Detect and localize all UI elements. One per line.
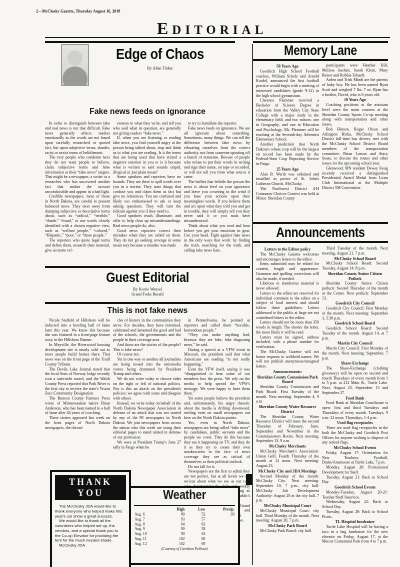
guest-editorial-column-1: Nicole Staffeld of Hillsboro will be ind… [45,318,110,468]
guest-editorial-bottom-rule [45,302,250,304]
guest-editorial-headline: This is not fake news [45,306,250,315]
item-paragraph: The McClusky Gazette will not honor requ… [256,349,319,369]
item-paragraph: McClusky Merchant's Association: Union G… [256,449,319,469]
table-cell: Aug. 12 [133,542,164,547]
paragraph: The Benson County Farmers Press wrote of… [45,396,110,416]
item-paragraph: participants were Heather Hill, Melissa … [322,63,388,78]
paragraph: in Pennsylvania, he pointed at reporters… [184,318,250,333]
paragraph: Think about what you read and hear befor… [184,223,250,252]
paragraph: We were at President Trump's June 27 ral… [113,440,181,450]
item-paragraph: Turtle Lake Hospital will be having a ta… [322,525,388,545]
item-paragraph: Bob Hinson, Roger Olson and Arlington Hi… [322,127,388,166]
item-paragraph: Third Tuesday of the month. Next meeting… [322,246,388,256]
section-masthead: EDITORIAL [36,19,388,39]
memory-lane-title: Memory Lane [262,43,378,58]
item-paragraph: Sheridan County Commission and Park Boar… [256,385,319,405]
paragraph: Good news reporters correct their mistak… [113,228,181,248]
edge-of-chaos-title: Edge of Chaos [100,46,220,63]
item-subhead: Announcements: [256,369,319,374]
weather-title-rule [134,505,235,506]
paragraph: Fake news feeds on ignorance. We are all… [184,126,250,180]
item-paragraph: McClusky Park Board: city hall. [256,528,319,533]
announcements-title: Announcements [262,225,378,240]
paragraph: McClusky JDA [55,543,124,548]
paragraph: Even the VFW itself, saying it was “disa… [184,367,250,396]
item-paragraph: Tuesday, August 28: Back to School Picni… [322,509,388,519]
edge-of-chaos-column-3: to try to humiliate the reporter.Fake ne… [184,121,250,264]
guest-editorial-byline-paper: Grand Forks Herald [45,292,250,297]
paragraph: Nicole Staffeld of Hillsboro will be ind… [45,318,110,342]
paragraph: Good speakers teach, illuminate, and off… [113,214,181,229]
paragraph: These stories appeared last week on the … [45,416,110,431]
item-paragraph: McClusky Municipal Court: city hall. Thi… [256,508,319,523]
announcements-bottom-rule [253,241,388,243]
weather-table-wrap: HighLowPrecip.Aug. 68052.03Aug. 79357Aug… [133,507,236,562]
memory-lane-column-2: participants were Heather Hill, Melissa … [322,63,388,221]
paragraph: Yet in one way or another all journalist… [113,357,181,377]
guest-editorial-top-rule [45,266,250,268]
column-divider [252,44,253,565]
paragraph: The bullies that belittle the person the… [184,180,250,224]
item-paragraph: Sheridan County Senior Citizen potluck: … [322,281,388,301]
memory-lane-column-1: 50 Years AgoGoodrich High School Footbal… [256,63,319,221]
weather-box: Weather HighLowPrecip.Aug. 68052.03Aug. … [129,486,240,565]
item-paragraph: Letters must be signed, address included… [256,335,319,350]
folio-line: 2—McClusky Gazette, Thursday August 16, … [36,9,206,17]
guest-editorial-column-2: cles of history in the communities they … [113,318,181,482]
item-paragraph: Letters to the editor are reserved for i… [256,291,319,320]
table-cell: 102 [164,542,186,547]
paragraph: cles of history in the communities they … [113,318,181,342]
paragraph: And those are the stories of the people?… [113,342,181,352]
weather-courtesy: (Courtesy of Carolann Pellison) [133,547,236,551]
edge-of-chaos-column-1: In order to distinguish between fake and… [45,121,110,264]
item-paragraph: Alan B. Werth was ordained and installed… [256,172,319,187]
item-paragraph: Monday, August 20: Professional Developm… [322,465,388,475]
thank-you-title: THANKYOU [55,475,126,500]
item-paragraph: McClusky School Board: Second Tuesday, A… [322,261,388,271]
guest-editorial-byline: By Korrie WenzelGrand Forks Herald [45,287,250,300]
paragraph: In order to distinguish between fake and… [45,121,110,155]
item-paragraph: Friday, August 17: Orientation for New T… [322,450,388,465]
thank-you-ad: THANKYOU The McClusky JDA would like to … [50,470,131,567]
item-paragraph: Arden and Trish Mindt are the parents of… [322,78,388,98]
item-paragraph: Clarence Flemmer received a Bachelor of … [256,98,319,142]
item-paragraph: Martin City Council: First Monday of the… [322,346,388,361]
item-paragraph: Tuesday, August 21: Back to School Day. [322,475,388,485]
item-paragraph: The Share-Exchange (clothing giveaway) w… [322,366,388,395]
item-paragraph: Another prediction that North Dakota's w… [256,142,319,166]
edge-of-chaos-column-2: erences to what they write, and tell you… [113,121,181,264]
paragraph: The very people who condemn facts they d… [45,155,110,194]
paragraph: Yes, even in North Dakota, newspapers ar… [184,420,250,464]
memory-lane-under-rule [253,59,388,61]
item-paragraph: The Sheridan County Water Resource Distr… [256,414,319,443]
paragraph: Credible newspapers, most of those in No… [45,194,110,238]
announcements-column-1: Letters to the Editor policyThe McClusky… [256,246,319,565]
paragraph: In Mayville, the Riverwood housing devel… [45,342,110,366]
thank-you-body: The McClusky JDA would like to thank eve… [55,504,124,562]
item-paragraph: Goodrich High School Football coaches, W… [256,69,319,98]
masthead-rest: DITORIAL [172,23,267,37]
announcements-top-rule [253,222,388,224]
newspaper-editorial-page: 2—McClusky Gazette, Thursday August 16, … [0,0,400,567]
item-subhead: Sheridan County Senior Citizen Potluck [322,271,388,281]
item-paragraph: Coaching positions at the assistant leve… [322,103,388,127]
paragraph: During a speech at a VFW event in Missou… [184,347,250,367]
item-paragraph: Wednesday, August 22: Back to School Day… [322,500,388,510]
paragraph: The McClusky JDA would like to thank eve… [55,504,124,519]
item-paragraph: Food Bank at Sheridan Courthouse is open… [322,401,388,421]
masthead-initial: E [157,19,172,38]
item-paragraph: Glenwood, MN resident Dewey Essig recent… [322,166,388,190]
table-cell [207,542,236,547]
item-paragraph: Letters should not be more than 350 word… [256,320,319,335]
item-paragraph: There are used flag receptacles in the b… [322,426,388,446]
item-paragraph: The McClusky Gazette welcomes and encour… [256,252,319,262]
paragraph: “They can make anything bad, because the… [184,333,250,348]
item-subhead: Sheridan County Commission/Park Board [256,375,319,385]
paragraph: The Devils Lake Journal noted that the l… [45,367,110,396]
table-cell: 69 [186,542,207,547]
item-paragraph: Libelous or slanderous material is never… [256,281,319,291]
masthead-underline [45,37,390,38]
item-paragraph: Monday-Tuesday, August 20-21: Teacher/St… [322,490,388,500]
paragraph: The reporters who quote legal terms and … [45,238,110,253]
item-paragraph: Goodrich City Council: First Monday of t… [322,306,388,321]
paragraph: erences to what they write, and tell you… [113,121,181,136]
weather-table: HighLowPrecip.Aug. 68052.03Aug. 79357Aug… [133,507,236,546]
item-paragraph: Goodrich School Board: Second Tuesday of… [322,326,388,341]
announcements-column-2: Third Tuesday of the month. Next meeting… [322,246,388,565]
end-mark [246,474,252,485]
edge-of-chaos-headline: Fake news feeds on ignorance [45,107,250,116]
paragraph: Instead, we write today on behalf of the… [113,401,181,440]
paragraph: Some speakers and reporters have no boun… [113,175,181,214]
item-paragraph: Items submitted may be edited for conten… [256,262,319,282]
item-paragraph: Second Monday of the month: McClusky Cit… [256,474,319,503]
edge-of-chaos-byline: By Allan Tinker [90,66,230,74]
weather-title: Weather [136,488,232,502]
item-paragraph: The Northwest District 4-H Consumer Choi… [256,186,319,201]
paragraph: We do not write today to choose sides on… [113,377,181,401]
table-row: Aug. 1210269 [133,542,236,547]
item-subhead: Sheridan County Water Resource District [256,405,319,415]
guest-editorial-title: Guest Editorial [59,269,235,285]
paragraph: We would like to thank all the volunteer… [55,519,124,543]
left-section-top-rule [45,41,235,43]
paragraph: If, when you are listening or reading fa… [113,136,181,175]
paragraph: Yet some people believe the president an… [184,396,250,420]
author-photo [61,44,89,86]
